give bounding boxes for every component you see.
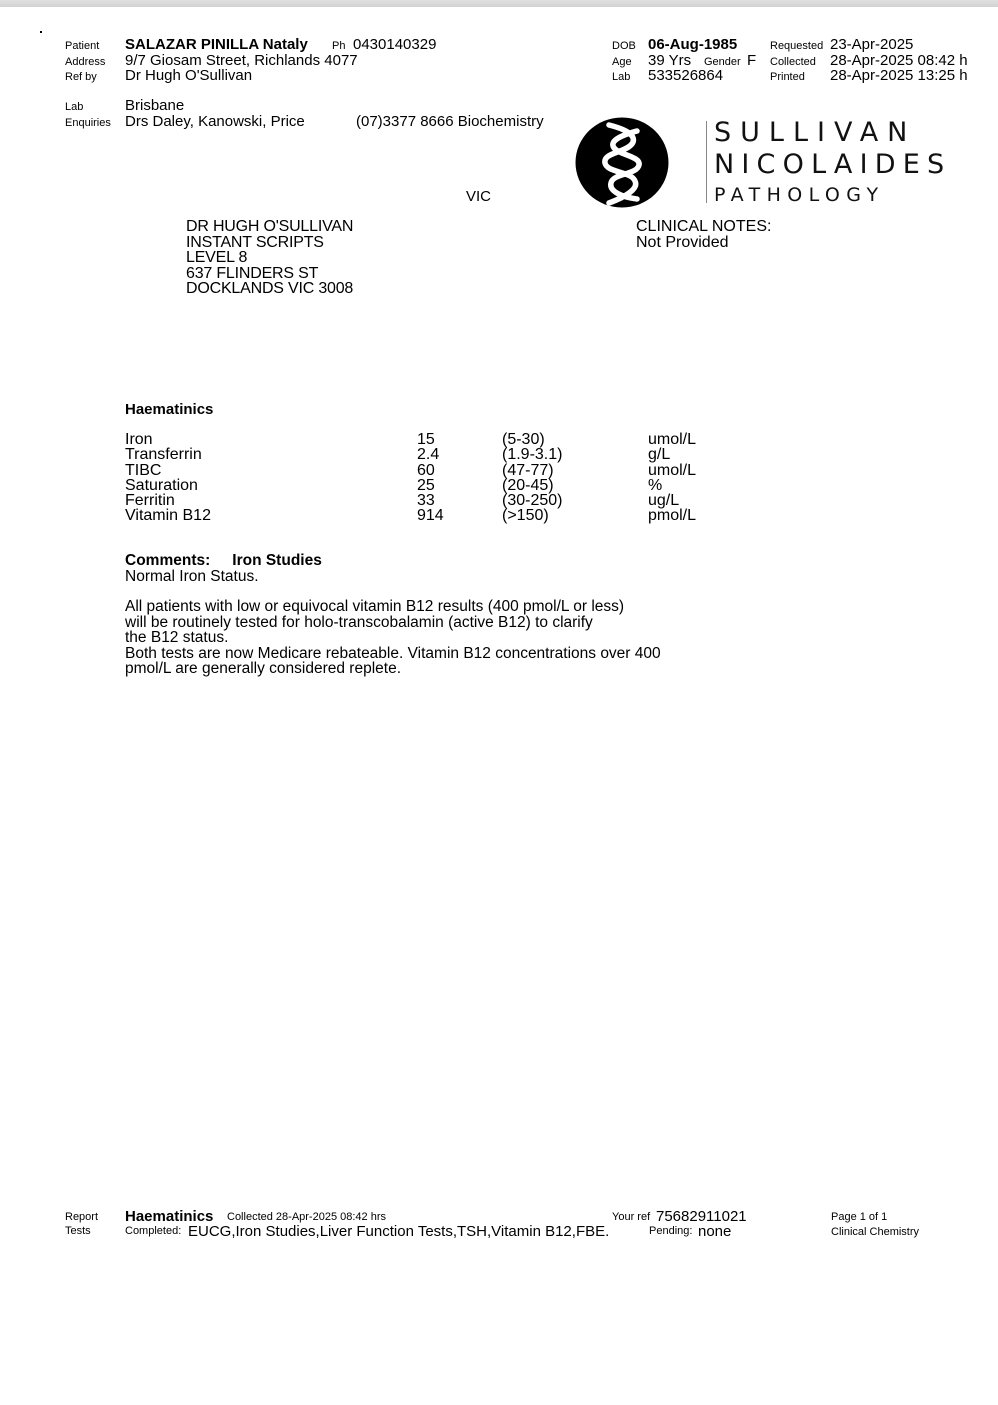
- reference-range: (1.9-3.1): [502, 447, 562, 462]
- comments-status: Normal Iron Status.: [125, 569, 661, 585]
- printed-label: Printed: [770, 70, 805, 85]
- test-unit: g/L: [648, 447, 670, 462]
- comment-line: will be routinely tested for holo-transc…: [125, 615, 661, 631]
- enquiries-label: Enquiries: [65, 116, 111, 131]
- address-label: Address: [65, 55, 105, 70]
- footer-completed-tests: EUCG,Iron Studies,Liver Function Tests,T…: [188, 1223, 609, 1240]
- comment-line: Both tests are now Medicare rebateable. …: [125, 646, 661, 662]
- enquiries-phone: (07)3377 8666 Biochemistry: [356, 114, 544, 129]
- recipient-line: LEVEL 8: [186, 250, 353, 266]
- results-section-title: Haematinics: [125, 401, 213, 418]
- patient-name: SALAZAR PINILLA Nataly: [125, 37, 308, 52]
- reference-range: (47-77): [502, 463, 554, 478]
- recipient-line: INSTANT SCRIPTS: [186, 235, 353, 251]
- patient-address: 9/7 Giosam Street, Richlands 4077: [125, 53, 358, 68]
- footer-pending-value: none: [698, 1223, 731, 1240]
- test-name: Vitamin B12: [125, 508, 211, 523]
- test-name: Iron: [125, 432, 153, 447]
- gender-value: F: [747, 53, 756, 68]
- recipient-line: DR HUGH O'SULLIVAN: [186, 219, 353, 235]
- dna-helix-logo-icon: [575, 117, 669, 208]
- reference-range: (30-250): [502, 493, 562, 508]
- test-value: 914: [417, 508, 444, 523]
- test-unit: %: [648, 478, 662, 493]
- footer-completed-label: Completed:: [125, 1225, 181, 1237]
- comment-line: the B12 status.: [125, 630, 661, 646]
- clinical-notes-value: Not Provided: [636, 235, 771, 251]
- footer-pending-label: Pending:: [649, 1225, 692, 1237]
- test-value: 2.4: [417, 447, 439, 462]
- test-value: 33: [417, 493, 435, 508]
- reference-range: (5-30): [502, 432, 545, 447]
- clinical-notes: CLINICAL NOTES: Not Provided: [636, 219, 771, 250]
- test-name: TIBC: [125, 463, 161, 478]
- test-unit: umol/L: [648, 463, 696, 478]
- patient-label: Patient: [65, 39, 99, 54]
- reference-range: (>150): [502, 508, 549, 523]
- lab-name: Brisbane: [125, 98, 184, 113]
- stray-mark: [40, 31, 42, 33]
- footer-tests-label: Tests: [65, 1225, 91, 1237]
- requested-label: Requested: [770, 39, 823, 54]
- your-ref-label: Your ref: [612, 1211, 650, 1223]
- age-label: Age: [612, 55, 632, 70]
- patient-phone: 0430140329: [353, 37, 436, 52]
- recipient-line: 637 FLINDERS ST: [186, 266, 353, 282]
- your-ref-value: 75682911021: [656, 1208, 747, 1225]
- test-value: 60: [417, 463, 435, 478]
- test-name: Saturation: [125, 478, 198, 493]
- test-unit: pmol/L: [648, 508, 696, 523]
- comment-line: All patients with low or equivocal vitam…: [125, 599, 661, 615]
- ref-by-doctor: Dr Hugh O'Sullivan: [125, 68, 252, 83]
- test-name: Ferritin: [125, 493, 175, 508]
- comments-heading: Comments:Iron Studies: [125, 553, 661, 569]
- state-label: VIC: [466, 188, 491, 205]
- lab-label: Lab: [65, 100, 83, 115]
- comments-topic: Iron Studies: [232, 552, 322, 569]
- dob-label: DOB: [612, 39, 636, 54]
- dob-value: 06-Aug-1985: [648, 37, 737, 52]
- comments-label: Comments:: [125, 552, 210, 569]
- collected-label: Collected: [770, 55, 816, 70]
- collected-value: 28-Apr-2025 08:42 h: [830, 53, 968, 68]
- footer-department: Clinical Chemistry: [831, 1226, 919, 1238]
- logo-divider: [706, 121, 707, 203]
- footer-page-number: Page 1 of 1: [831, 1211, 887, 1223]
- viewer-top-bar: [0, 0, 998, 7]
- ref-by-label: Ref by: [65, 70, 97, 85]
- comments-section: Comments:Iron Studies Normal Iron Status…: [125, 553, 661, 677]
- age-value: 39 Yrs: [648, 53, 691, 68]
- recipient-line: DOCKLANDS VIC 3008: [186, 281, 353, 297]
- lab-number-value: 533526864: [648, 68, 723, 83]
- test-unit: ug/L: [648, 493, 679, 508]
- footer-report-label: Report: [65, 1211, 98, 1223]
- test-name: Transferrin: [125, 447, 202, 462]
- recipient-address: DR HUGH O'SULLIVAN INSTANT SCRIPTS LEVEL…: [186, 219, 353, 297]
- lab-number-label: Lab: [612, 70, 630, 85]
- test-value: 25: [417, 478, 435, 493]
- clinical-notes-label: CLINICAL NOTES:: [636, 219, 771, 235]
- enquiries-doctors: Drs Daley, Kanowski, Price: [125, 114, 305, 129]
- footer-collected: Collected 28-Apr-2025 08:42 hrs: [227, 1211, 386, 1223]
- logo-text-nicolaides: NICOLAIDES: [714, 149, 951, 180]
- reference-range: (20-45): [502, 478, 554, 493]
- printed-value: 28-Apr-2025 13:25 h: [830, 68, 968, 83]
- test-unit: umol/L: [648, 432, 696, 447]
- requested-value: 23-Apr-2025: [830, 37, 913, 52]
- test-value: 15: [417, 432, 435, 447]
- logo-text-pathology: PATHOLOGY: [714, 184, 884, 206]
- comment-line: pmol/L are generally considered replete.: [125, 661, 661, 677]
- logo-text-sullivan: SULLIVAN: [714, 117, 916, 148]
